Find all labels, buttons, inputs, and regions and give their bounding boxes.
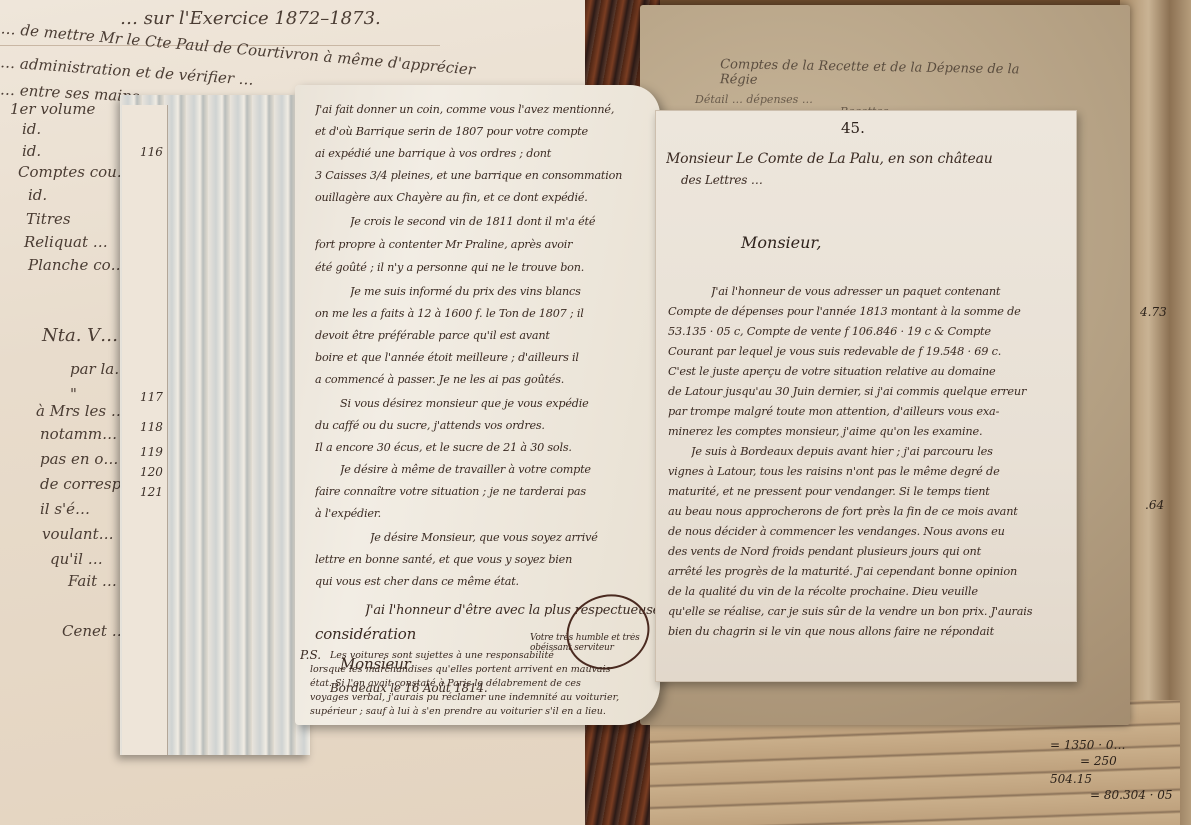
letter-line: Si vous désirez monsieur que je vous exp… [340,397,680,410]
postscript-line: voyages verbal, j'aurais pu réclamer une… [310,692,660,703]
postscript-line: état. Si l'on avait constaté à Paris le … [310,678,660,689]
letter-line: J'ai fait donner un coin, comme vous l'a… [315,103,655,116]
ledger-note-line: Fait … [68,572,117,590]
letter-line: Je désire à même de travailler à votre c… [340,463,680,476]
ledger-note-line: à Mrs les … [36,402,126,420]
letter-line: du caffé ou du sucre, j'attends vos ordr… [315,419,655,432]
edge-figure: .64 [1145,498,1164,512]
letter-line: qui vous est cher dans ce même état. [315,575,655,588]
ledger-note-line: Nta. V… [42,325,118,346]
ledger-note-line: qu'il … [50,550,103,568]
edge-figure: = 1350 · 0… [1050,738,1126,752]
letter-line: Courant par lequel je vous suis redevabl… [668,345,1043,358]
letter-line: Il a encore 30 écus, et le sucre de 21 à… [315,441,655,454]
letter-line: J'ai l'honneur de vous adresser un paque… [711,285,1086,298]
letter-line: Je me suis informé du prix des vins blan… [350,285,690,298]
ledger-note-line: pas en o… [40,450,118,468]
letter-line: bien du chagrin si le vin que nous allon… [668,625,1043,638]
page-number: 45. [841,119,865,137]
letter-line: lettre en bonne santé, et que vous y soy… [315,553,655,566]
letter-address: des Lettres … [681,173,1056,187]
letter-line: on me les a faits à 12 à 1600 f. le Ton … [315,307,655,320]
letter-line: 53.135 · 05 c, Compte de vente f 106.846… [668,325,1043,338]
letter-line: par trompe malgré toute mon attention, d… [668,405,1043,418]
letter-line: Compte de dépenses pour l'année 1813 mon… [668,305,1043,318]
index-tab-strip: 116 117 118 119 120 121 [122,105,168,755]
edge-figure: 4.73 [1140,305,1167,319]
letter-line: a commencé à passer. Je ne les ai pas go… [315,373,655,386]
tab-number: 117 [140,390,163,404]
folder-title: Comptes de la Recette et de la Dépense d… [720,57,1050,93]
ledger-column-item: id. [28,186,47,204]
letter-line: de nous décider à commencer les vendange… [668,525,1043,538]
letter-line: de la qualité du vin de la récolte proch… [668,585,1043,598]
edge-figure: 504.15 [1050,772,1092,786]
postscript-line: Les voitures sont sujettes à une respons… [330,650,660,661]
letter-line: au beau nous approcherons de fort près l… [668,505,1043,518]
letter-line: J'ai l'honneur d'être avec la plus respe… [365,603,705,618]
ledger-note-line: Cenet … [62,622,127,640]
ledger-note-line: il s'é… [40,500,90,518]
letter-line: ai expédié une barrique à vos ordres ; d… [315,147,655,160]
letter-line: maturité, et ne pressent pour vendanger.… [668,485,1043,498]
tab-number: 118 [140,420,163,434]
tab-number: 116 [140,145,163,159]
ledger-column-item: Titres [26,210,71,228]
tab-number: 120 [140,465,163,479]
edge-figure: = 250 [1080,754,1117,768]
letter-line: fort propre à contenter Mr Praline, aprè… [315,238,655,251]
letter-line: à l'expédier. [315,507,655,520]
letter-line: Je suis à Bordeaux depuis avant hier ; j… [691,445,1066,458]
letter-line: Je crois le second vin de 1811 dont il m… [350,215,690,228]
ledger-column-item: id. [22,142,41,160]
ledger-column-item: Planche co… [28,256,126,274]
ledger-note-line: voulant… [42,525,114,543]
ledger-column-item: id. [22,120,41,138]
letter-line: ouillagère aux Chayère au fin, et ce don… [315,191,655,204]
letter-address: Monsieur Le Comte de La Palu, en son châ… [666,151,1041,167]
letter-line: minerez les comptes monsieur, j'aime qu'… [668,425,1043,438]
tab-number: 119 [140,445,163,459]
letter-salutation: Monsieur, [741,233,821,252]
letter-line: boire et que l'année étoit meilleure ; d… [315,351,655,364]
letter-line: vignes à Latour, tous les raisins n'ont … [668,465,1043,478]
postscript-label: P.S. [300,648,321,662]
letter-line: devoit être préférable parce qu'il est a… [315,329,655,342]
letter-line: été goûté ; il n'y a personne qui ne le … [315,261,655,274]
folder-subtitle: Détail … dépenses … [695,93,813,106]
letter-line: 3 Caisses 3/4 pleines, et une barrique e… [315,169,655,182]
ledger-column-item: Reliquat … [24,233,108,251]
letter-line: arrêté les progrès de la maturité. J'ai … [668,565,1043,578]
ledger-column-item: 1er volume [10,100,95,118]
letter-page-right: 45. Monsieur Le Comte de La Palu, en son… [655,110,1077,682]
letter-line: et d'où Barrique serin de 1807 pour votr… [315,125,655,138]
postscript-line: lorsque les marchandises qu'elles porten… [310,664,660,675]
letter-line: de Latour jusqu'au 30 Juin dernier, si j… [668,385,1043,398]
letter-line: faire connaître votre situation ; je ne … [315,485,655,498]
tab-number: 121 [140,485,163,499]
letter-line: C'est le juste aperçu de votre situation… [668,365,1043,378]
ledger-column-item: Comptes cou… [18,163,132,181]
ledger-note-line: notamm… [40,425,117,443]
postscript-line: supérieur ; sauf à lui à s'en prendre au… [310,706,660,717]
edge-figure: = 80.304 · 05 [1090,788,1173,802]
letter-line: qu'elle se réalise, car je suis sûr de l… [668,605,1043,618]
letter-line: des vents de Nord froids pendant plusieu… [668,545,1043,558]
ledger-note-line: " [70,385,77,403]
ledger-header-line: … sur l'Exercice 1872–1873. [120,8,381,29]
letter-page-left: J'ai fait donner un coin, comme vous l'a… [295,85,660,725]
